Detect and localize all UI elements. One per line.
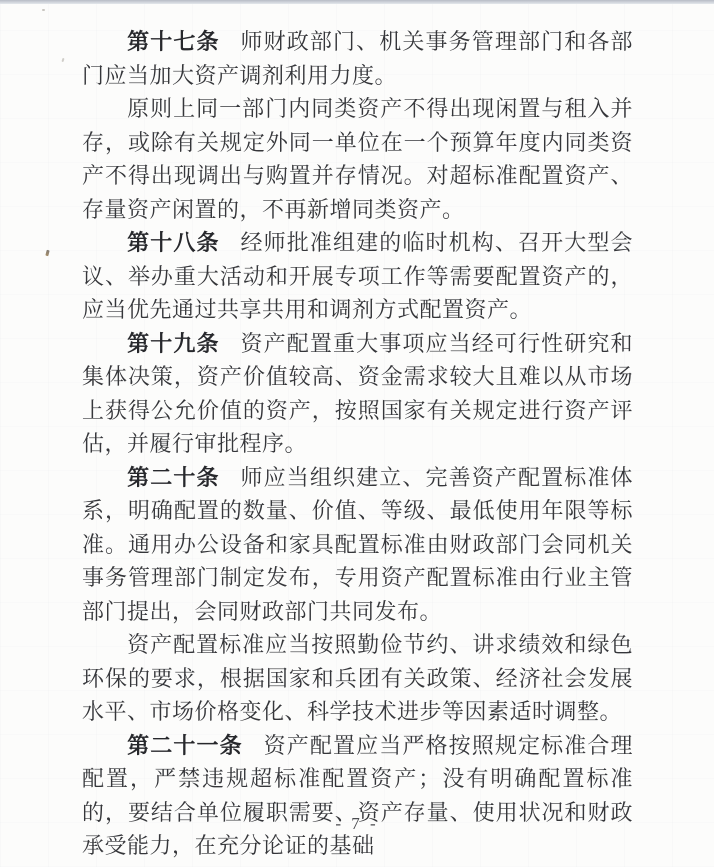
article-number-20: 第二十条 [127, 465, 220, 490]
paragraph-body: 原则上同一部门内同类资产不得出现闲置与租入并存，或除有关规定外同一单位在一个预算… [82, 92, 633, 226]
article-number-18: 第十八条 [127, 230, 220, 255]
paragraph-article-17: 第十七条师财政部门、机关事务管理部门和各部门应当加大资产调剂利用力度。 [82, 25, 633, 92]
scan-speckle [42, 9, 45, 11]
paragraph-article-21: 第二十一条资产配置应当严格按照规定标准合理配置，严禁违规超标准配置资产；没有明确… [82, 729, 633, 863]
article-number-21: 第二十一条 [127, 733, 243, 758]
page-footer: - 7 - [0, 814, 714, 834]
article-number-19: 第十九条 [127, 331, 220, 356]
paragraph-article-19: 第十九条资产配置重大事项应当经可行性研究和集体决策，资产价值较高、资金需求较大且… [82, 327, 633, 461]
paragraph-article-18: 第十八条经师批准组建的临时机构、召开大型会议、举办重大活动和开展专项工作等需要配… [82, 226, 633, 327]
scan-speckle [45, 250, 49, 257]
document-body: 第十七条师财政部门、机关事务管理部门和各部门应当加大资产调剂利用力度。 原则上同… [82, 25, 633, 863]
page-number: - 7 - [335, 814, 378, 833]
paragraph-article-20: 第二十条师应当组织建立、完善资产配置标准体系，明确配置的数量、价值、等级、最低使… [82, 461, 633, 629]
article-number-17: 第十七条 [127, 29, 220, 54]
paragraph-text: 资产配置标准应当按照勤俭节约、讲求绩效和绿色环保的要求，根据国家和兵团有关政策、… [82, 632, 633, 724]
paragraph-body: 资产配置标准应当按照勤俭节约、讲求绩效和绿色环保的要求，根据国家和兵团有关政策、… [82, 628, 633, 729]
scan-speckle [61, 58, 64, 62]
paragraph-text: 原则上同一部门内同类资产不得出现闲置与租入并存，或除有关规定外同一单位在一个预算… [82, 96, 633, 222]
scan-edge-top [0, 0, 714, 4]
